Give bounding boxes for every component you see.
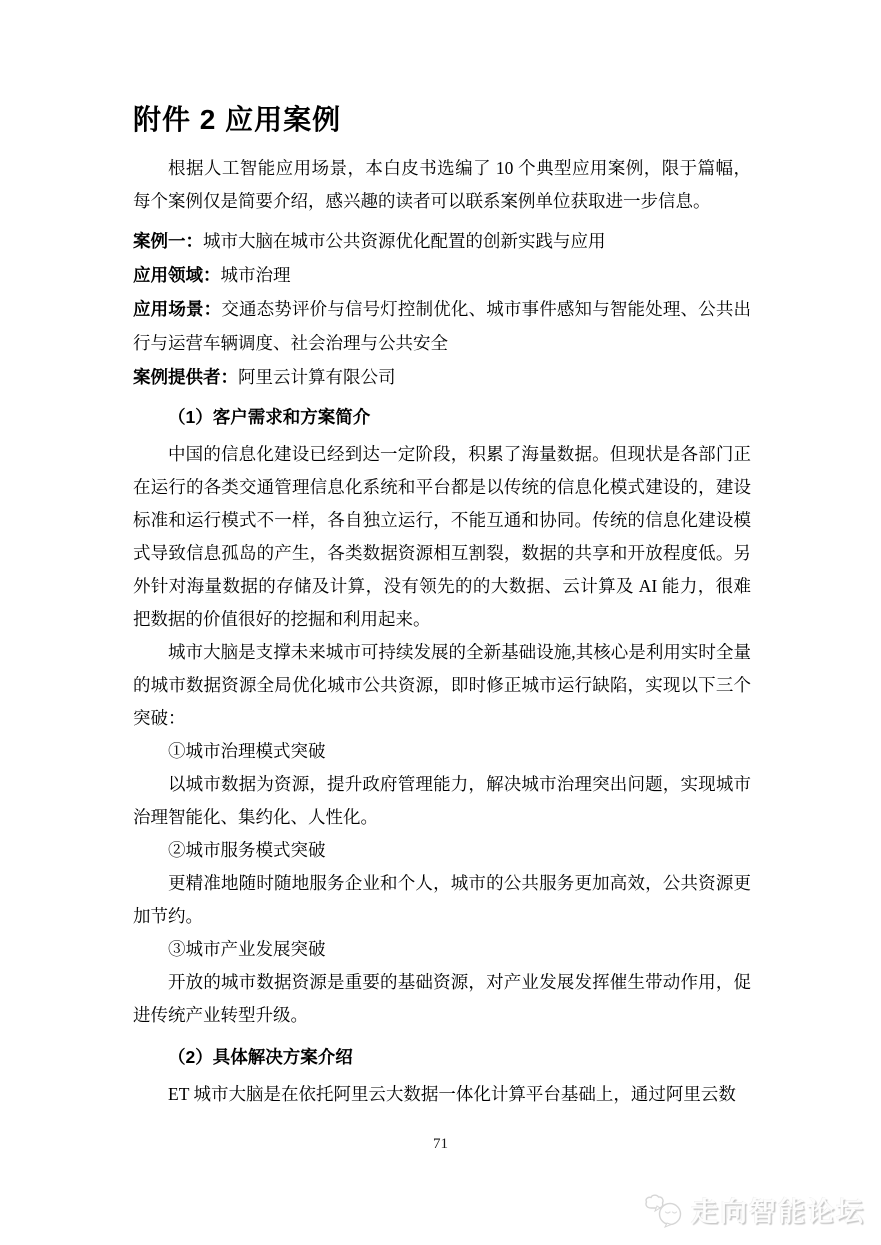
case-field-scenarios: 应用场景：交通态势评价与信号灯控制优化、城市事件感知与智能处理、公共出行与运营车… (133, 292, 751, 360)
field-value: 交通态势评价与信号灯控制优化、城市事件感知与智能处理、公共出行与运营车辆调度、社… (133, 299, 751, 353)
field-value: 城市治理 (221, 265, 291, 285)
page-number: 71 (0, 1136, 881, 1153)
section-1-heading: （1）客户需求和方案简介 (133, 401, 751, 434)
document-title: 附件 2 应用案例 (133, 100, 751, 140)
field-label: 应用领域： (133, 265, 221, 285)
field-label: 案例提供者： (133, 367, 238, 387)
document-content: 附件 2 应用案例 根据人工智能应用场景，本白皮书选编了 10 个典型应用案例，… (133, 100, 751, 1111)
list-item-1: ①城市治理模式突破 (133, 735, 751, 768)
watermark-text: 走向智能论坛 (691, 1190, 865, 1229)
list-item-3: ③城市产业发展突破 (133, 933, 751, 966)
case-field-domain: 应用领域：城市治理 (133, 258, 751, 292)
field-value: 阿里云计算有限公司 (238, 367, 396, 387)
case-label: 案例一： (133, 231, 203, 251)
case-title: 城市大脑在城市公共资源优化配置的创新实践与应用 (203, 231, 606, 251)
case-title-line: 案例一：城市大脑在城市公共资源优化配置的创新实践与应用 (133, 224, 751, 258)
intro-paragraph: 根据人工智能应用场景，本白皮书选编了 10 个典型应用案例，限于篇幅，每个案例仅… (133, 152, 751, 218)
paragraph: 更精准地随时随地服务企业和个人，城市的公共服务更加高效，公共资源更加节约。 (133, 867, 751, 933)
paragraph: ET 城市大脑是在依托阿里云大数据一体化计算平台基础上，通过阿里云数 (133, 1078, 751, 1111)
watermark: 走向智能论坛 (643, 1190, 865, 1229)
paragraph: 城市大脑是支撑未来城市可持续发展的全新基础设施,其核心是利用实时全量的城市数据资… (133, 636, 751, 735)
section-2-heading: （2）具体解决方案介绍 (133, 1041, 751, 1074)
field-label: 应用场景： (133, 299, 221, 319)
paragraph: 以城市数据为资源，提升政府管理能力，解决城市治理突出问题，实现城市治理智能化、集… (133, 768, 751, 834)
case-field-provider: 案例提供者：阿里云计算有限公司 (133, 360, 751, 394)
paragraph: 中国的信息化建设已经到达一定阶段，积累了海量数据。但现状是各部门正在运行的各类交… (133, 438, 751, 636)
document-page: 附件 2 应用案例 根据人工智能应用场景，本白皮书选编了 10 个典型应用案例，… (0, 0, 881, 1245)
case-meta-block: 案例一：城市大脑在城市公共资源优化配置的创新实践与应用 应用领域：城市治理 应用… (133, 224, 751, 394)
paragraph: 开放的城市数据资源是重要的基础资源，对产业发展发挥催生带动作用，促进传统产业转型… (133, 966, 751, 1032)
list-item-2: ②城市服务模式突破 (133, 834, 751, 867)
chat-bubbles-logo-icon (643, 1192, 687, 1228)
